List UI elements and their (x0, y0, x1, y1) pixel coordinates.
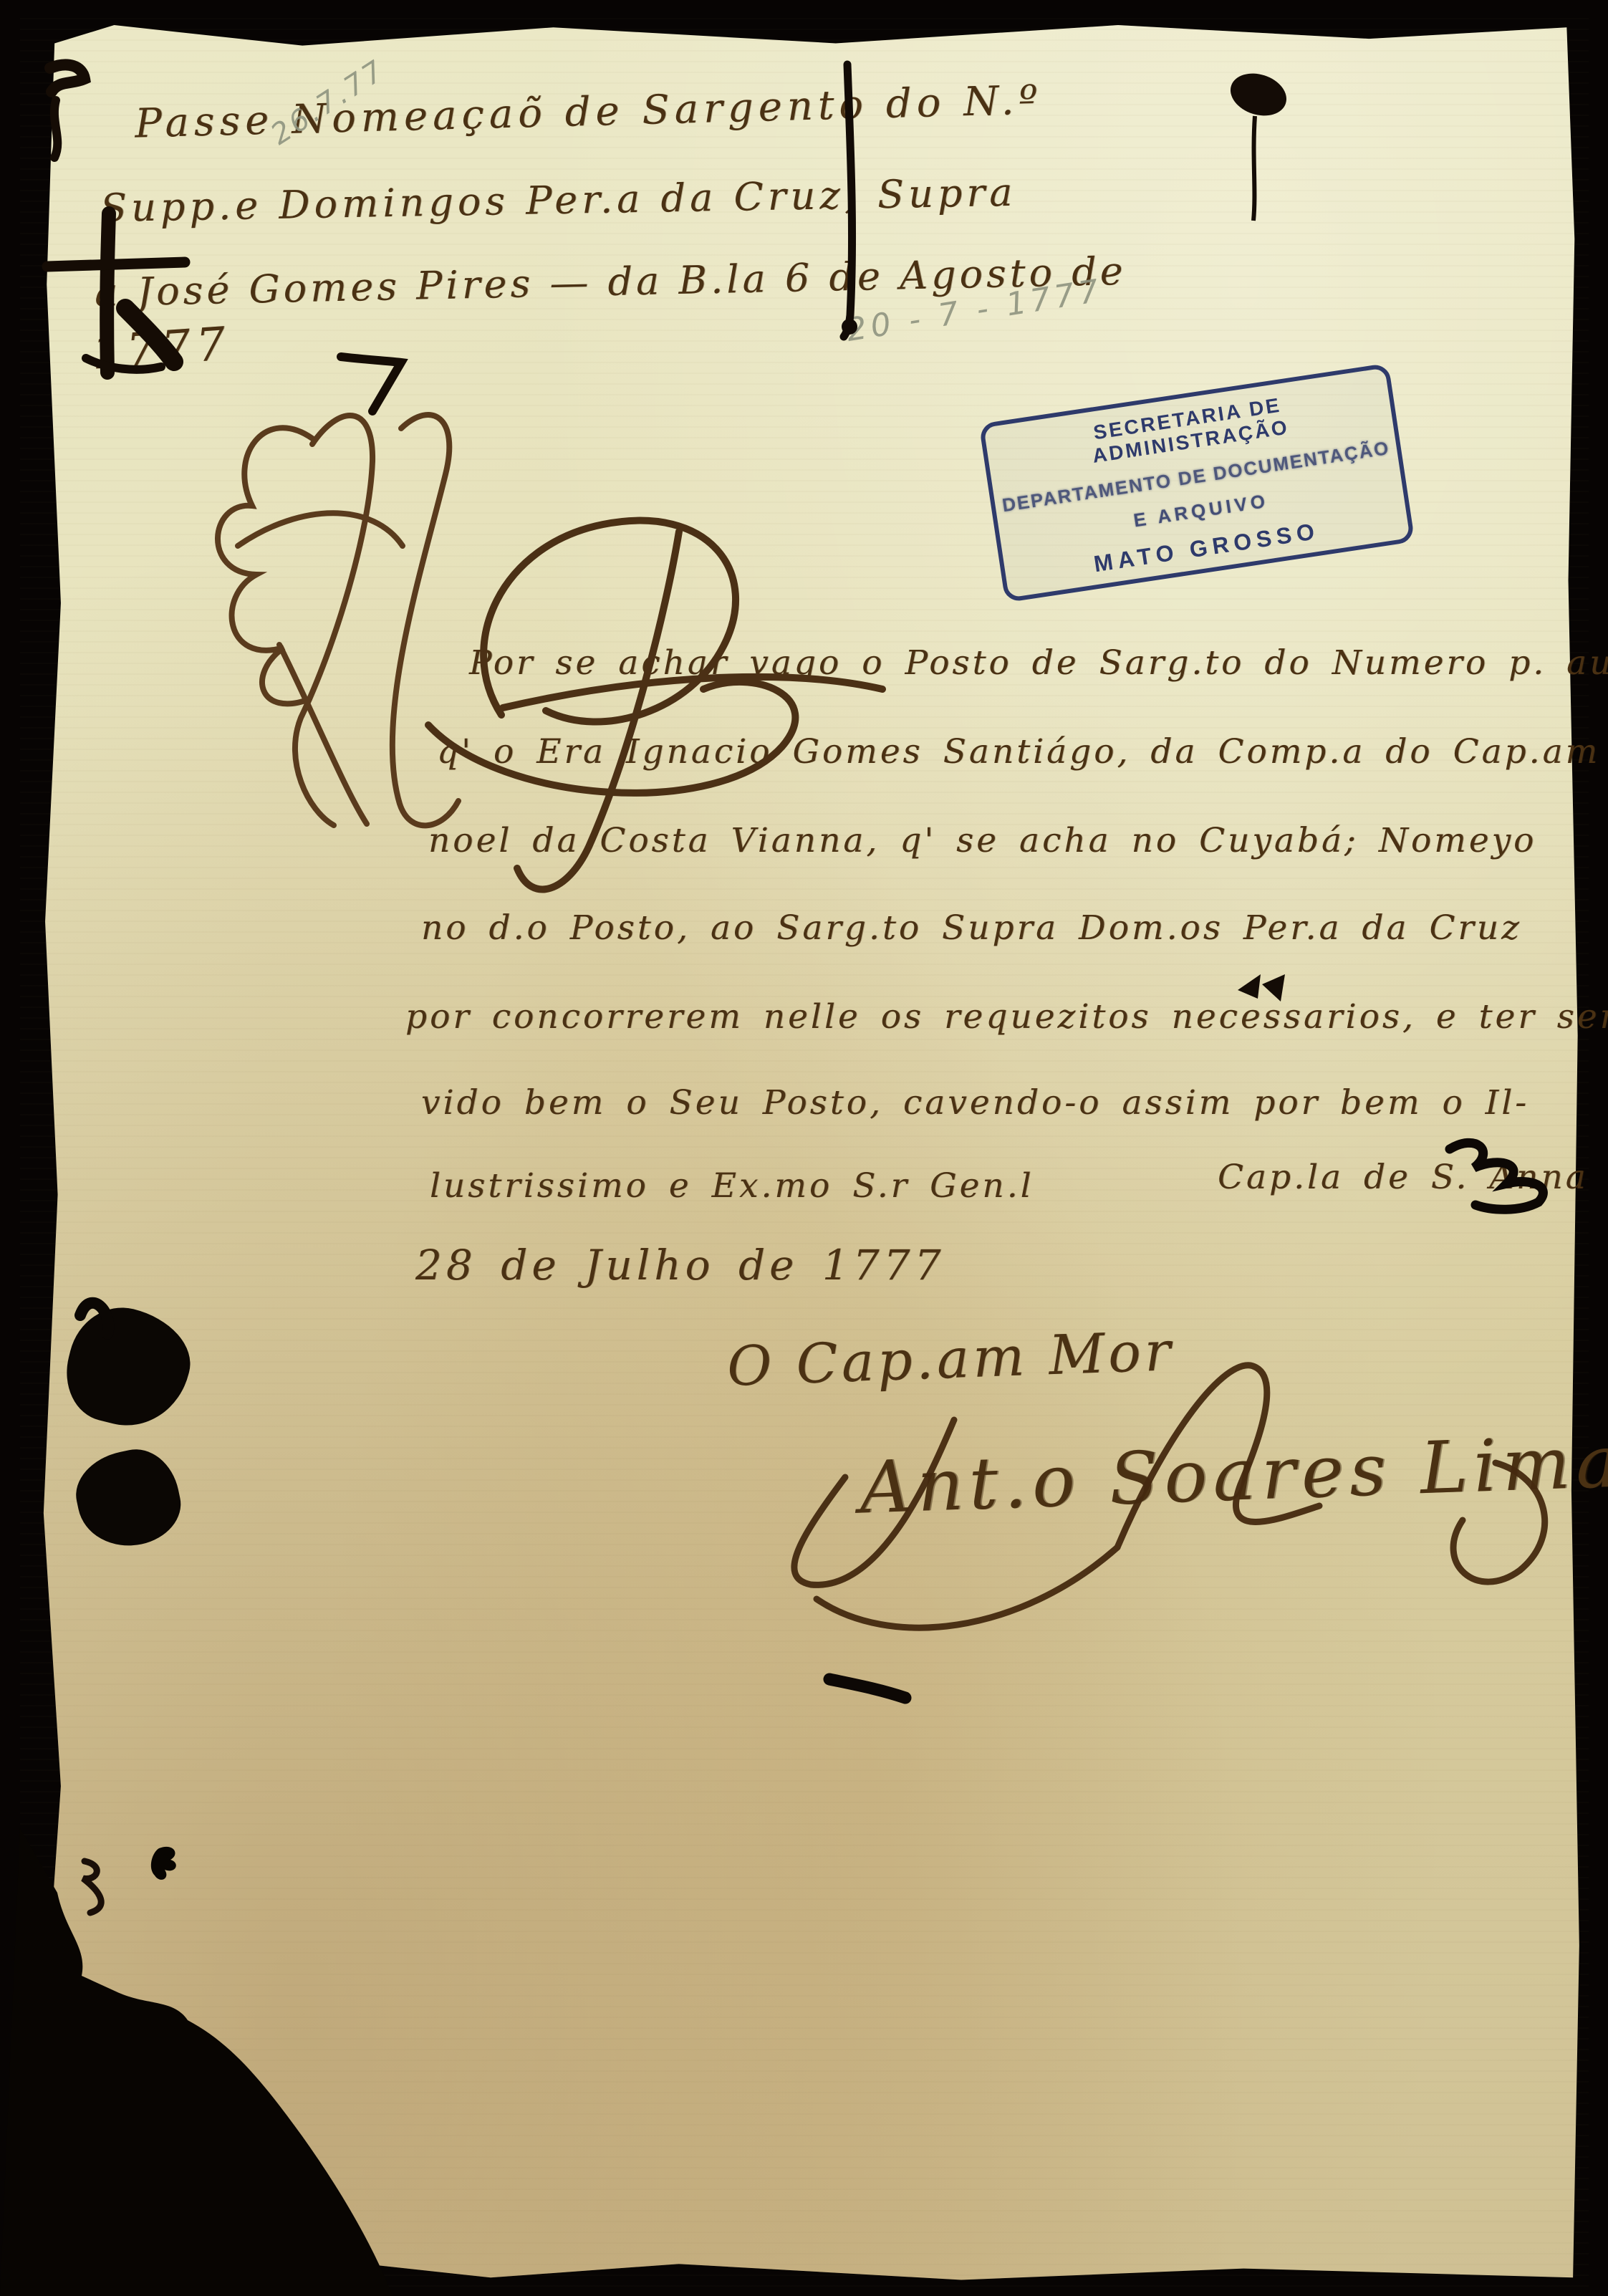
photographed-document: Passe Nomeaçaõ de Sargento do N.º Supp.e… (0, 0, 1608, 2296)
body-line-2: q' o Era Ignacio Gomes Santiágo, da Comp… (437, 732, 1608, 772)
body-line-4: no d.o Posto, ao Sarg.to Supra Dom.os Pe… (421, 908, 1522, 948)
body-dateline: 28 de Julho de 1777 (415, 1241, 945, 1289)
body-line-3: noel da Costa Vianna, q' se acha no Cuya… (428, 821, 1536, 860)
body-line-1: Por se achar vago o Posto de Sarg.to do … (469, 643, 1608, 683)
body-line-6: vido bem o Seu Posto, cavendo-o assim po… (421, 1083, 1529, 1123)
header-line-4: 1777 (90, 317, 234, 380)
document-paper (20, 11, 1589, 2287)
body-line-5: por concorrerem nelle os requezitos nece… (405, 997, 1608, 1037)
body-line-7-right: Cap.la de S. Anna (1218, 1158, 1589, 1197)
body-line-7: lustrissimo e Ex.mo S.r Gen.l (430, 1166, 1034, 1206)
